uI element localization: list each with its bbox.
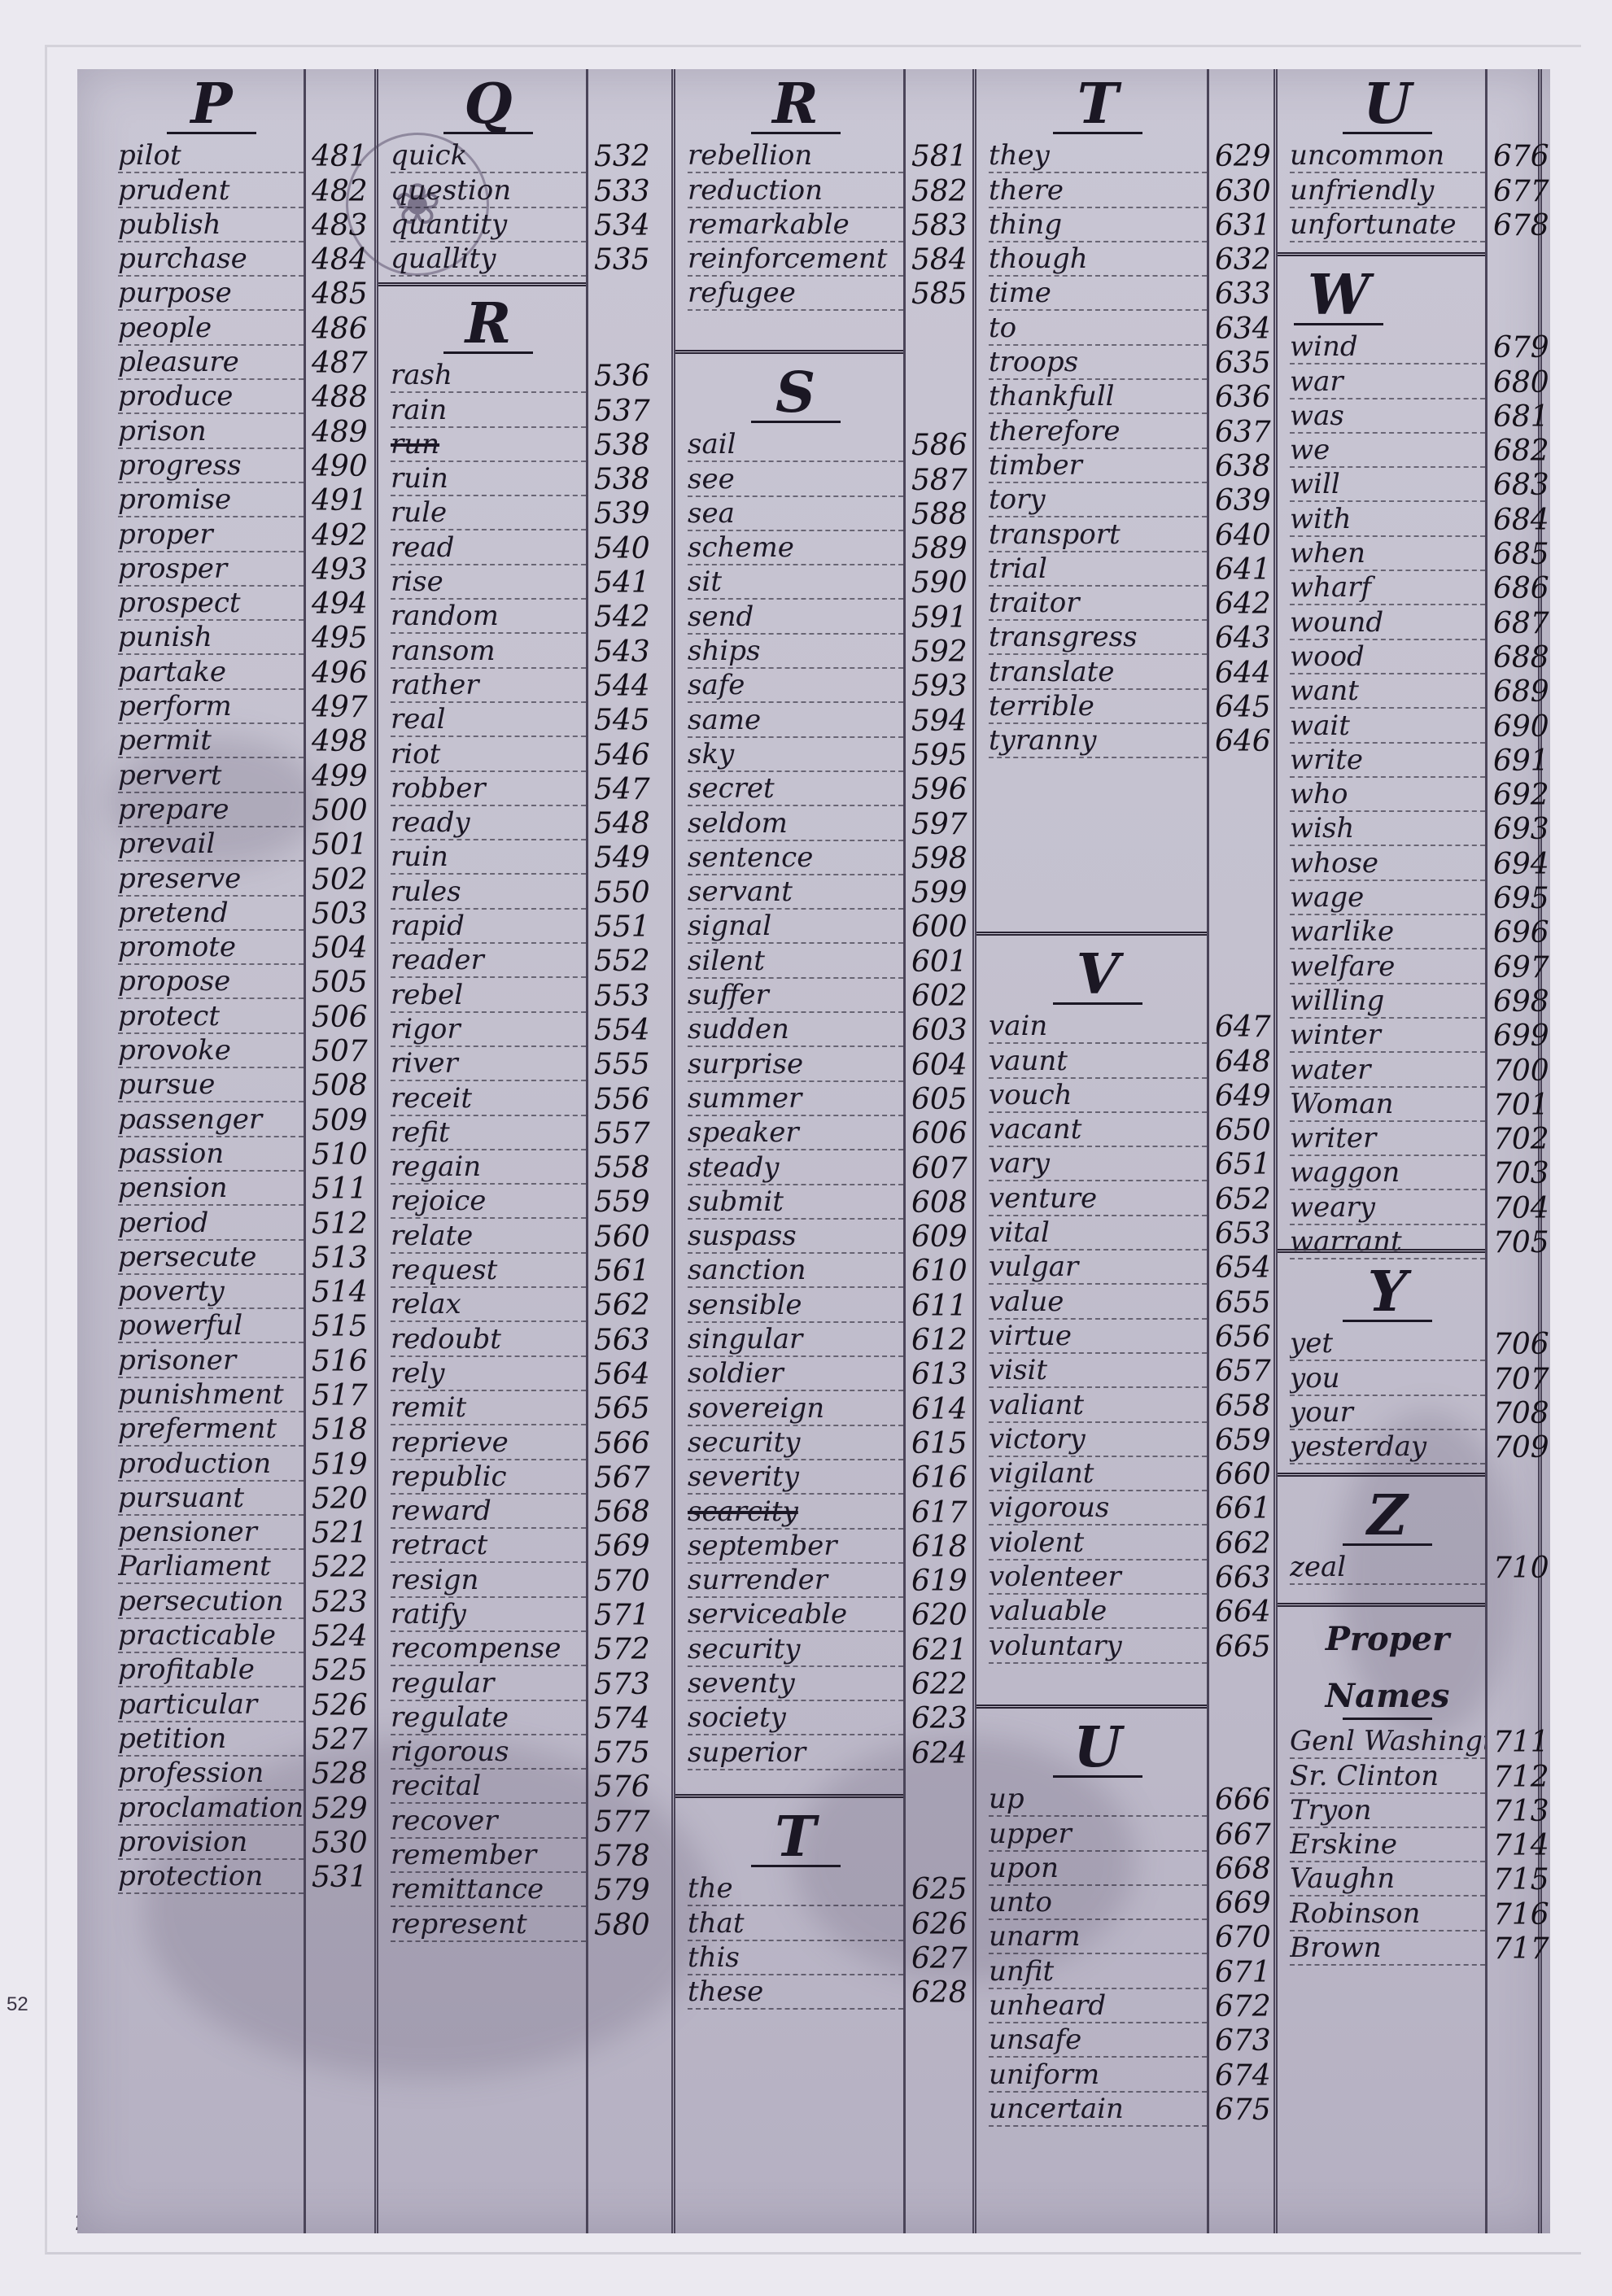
entry-word: Woman — [1290, 1088, 1485, 1122]
entry-number: 663 — [1207, 1562, 1271, 1595]
index-entry: serviceable620 — [688, 1598, 972, 1632]
entry-word: proper — [118, 518, 304, 552]
entry-number: 601 — [903, 946, 968, 979]
entry-number: 626 — [903, 1909, 968, 1941]
entry-word: Brown — [1290, 1932, 1485, 1966]
entry-word: translate — [989, 656, 1207, 690]
entry-word: traitor — [989, 587, 1207, 621]
index-entry: retract569 — [391, 1529, 671, 1563]
entry-number: 522 — [304, 1552, 368, 1584]
entry-word: voluntary — [989, 1630, 1207, 1664]
entry-number: 706 — [1485, 1329, 1549, 1361]
entry-number: 653 — [1207, 1218, 1271, 1251]
entry-word: waggon — [1290, 1156, 1485, 1190]
entry-word: sentence — [688, 841, 903, 875]
entry-number: 630 — [1207, 176, 1271, 208]
index-entry: practicable524 — [118, 1619, 374, 1653]
entry-number: 698 — [1485, 986, 1549, 1019]
index-entry: writer702 — [1290, 1122, 1538, 1156]
entry-word: people — [118, 312, 304, 346]
entry-number: 517 — [304, 1380, 368, 1412]
entry-word: powerful — [118, 1309, 304, 1343]
index-entry: resign570 — [391, 1563, 671, 1597]
entry-word: persecution — [118, 1585, 304, 1619]
entry-number: 528 — [304, 1758, 368, 1791]
entry-word: republic — [391, 1460, 586, 1495]
index-entry: uncertain675 — [989, 2093, 1273, 2127]
entry-word: produce — [118, 380, 304, 414]
index-entry: request561 — [391, 1254, 671, 1288]
index-entry: yet706 — [1290, 1327, 1538, 1361]
entry-word: same — [688, 704, 903, 738]
entry-word: summer — [688, 1082, 903, 1116]
index-entry: safe593 — [688, 669, 972, 703]
index-entry: with684 — [1290, 502, 1538, 536]
entry-number: 538 — [586, 430, 650, 462]
entry-number: 650 — [1207, 1115, 1271, 1147]
entry-number: 541 — [586, 567, 650, 600]
entry-number: 484 — [304, 244, 368, 277]
index-entry: ruin538 — [391, 462, 671, 496]
entry-number: 534 — [586, 210, 650, 242]
index-entry: send591 — [688, 600, 972, 634]
index-entry: protection531 — [118, 1860, 374, 1894]
entry-word: terrible — [989, 690, 1207, 724]
index-entry: provoke507 — [118, 1034, 374, 1068]
index-entry: refugee585 — [688, 277, 972, 311]
entry-word: Genl Washington — [1290, 1725, 1485, 1759]
entry-word: wharf — [1290, 571, 1485, 605]
entry-number: 685 — [1485, 539, 1549, 571]
index-entry: they629 — [989, 139, 1273, 173]
entry-number: 551 — [586, 911, 650, 944]
entry-word: who — [1290, 778, 1485, 812]
entry-number: 704 — [1485, 1193, 1549, 1225]
entry-number: 488 — [304, 382, 368, 414]
index-entry: perform497 — [118, 690, 374, 724]
entry-word: time — [989, 277, 1207, 311]
index-entry: whose694 — [1290, 846, 1538, 880]
entry-word: warlike — [1290, 915, 1485, 949]
section-y: Y yet706you707your708yesterday709 — [1290, 1257, 1538, 1464]
entry-word: provision — [118, 1826, 304, 1860]
entry-word: rise — [391, 565, 586, 600]
entry-number: 585 — [903, 278, 968, 311]
entry-word: wood — [1290, 640, 1485, 674]
entry-word: wait — [1290, 709, 1485, 744]
entry-number: 611 — [903, 1290, 968, 1323]
entry-number: 606 — [903, 1118, 968, 1150]
index-entry: wait690 — [1290, 709, 1538, 743]
index-entry: rebel553 — [391, 978, 671, 1012]
entry-number: 693 — [1485, 814, 1549, 846]
entry-word: regain — [391, 1150, 586, 1185]
index-entry: superior624 — [688, 1735, 972, 1770]
entry-word: want — [1290, 674, 1485, 709]
entry-word: these — [688, 1975, 903, 2010]
index-entry: recompense572 — [391, 1632, 671, 1666]
entry-number: 639 — [1207, 485, 1271, 517]
index-entry: ruin549 — [391, 840, 671, 875]
entry-word: safe — [688, 669, 903, 703]
index-entry: war680 — [1290, 364, 1538, 399]
index-entry: wound687 — [1290, 605, 1538, 639]
index-entry: suffer602 — [688, 979, 972, 1013]
index-entry: Parliament522 — [118, 1550, 374, 1584]
entry-word: promote — [118, 931, 304, 965]
index-entry: unto669 — [989, 1886, 1273, 1920]
entry-number: 708 — [1485, 1398, 1549, 1430]
entry-number: 499 — [304, 761, 368, 793]
entry-number: 481 — [304, 141, 368, 173]
index-entry: this627 — [688, 1941, 972, 1975]
entry-word: sky — [688, 738, 903, 772]
entry-number: 701 — [1485, 1089, 1549, 1122]
index-entry: river555 — [391, 1047, 671, 1081]
entry-word: refugee — [688, 277, 903, 311]
entry-word: victory — [989, 1423, 1207, 1457]
entry-word: purpose — [118, 277, 304, 311]
entry-word: petition — [118, 1722, 304, 1757]
entry-number: 548 — [586, 808, 650, 840]
entry-number: 491 — [304, 485, 368, 517]
index-entry: sensible611 — [688, 1288, 972, 1322]
entry-word: random — [391, 600, 586, 634]
index-entry: sky595 — [688, 738, 972, 772]
entry-number: 550 — [586, 877, 650, 910]
entry-number: 620 — [903, 1600, 968, 1632]
entry-word: scheme — [688, 531, 903, 565]
entry-word: tory — [989, 483, 1207, 517]
entry-word: run — [391, 428, 586, 462]
entry-number: 687 — [1485, 608, 1549, 640]
entry-number: 608 — [903, 1187, 968, 1220]
entry-number: 524 — [304, 1621, 368, 1653]
entry-word: up — [989, 1783, 1207, 1817]
index-entry: the625 — [688, 1872, 972, 1906]
index-entry: receit556 — [391, 1081, 671, 1115]
entry-word: secret — [688, 772, 903, 806]
entry-number: 636 — [1207, 382, 1271, 414]
index-entry: progress490 — [118, 449, 374, 483]
index-entry: rejoice559 — [391, 1185, 671, 1219]
entry-word: river — [391, 1047, 586, 1081]
section-letter: Y — [1290, 1257, 1485, 1327]
index-entry: pursue508 — [118, 1068, 374, 1102]
entry-word: receit — [391, 1082, 586, 1116]
section-letter: T — [989, 69, 1207, 139]
entry-number: 709 — [1485, 1432, 1549, 1464]
entry-number: 702 — [1485, 1124, 1549, 1156]
entry-word: rash — [391, 359, 586, 393]
index-entry: surprise604 — [688, 1047, 972, 1081]
entry-word: progress — [118, 449, 304, 483]
index-entry: servant599 — [688, 875, 972, 910]
entry-word: punish — [118, 621, 304, 655]
entry-number: 506 — [304, 1002, 368, 1034]
index-entry: vigilant660 — [989, 1457, 1273, 1491]
entry-word: speaker — [688, 1116, 903, 1150]
index-entry: secret596 — [688, 772, 972, 806]
section-letter: U — [1290, 69, 1485, 139]
index-entry: when685 — [1290, 537, 1538, 571]
entry-number: 640 — [1207, 520, 1271, 552]
index-entry: redoubt563 — [391, 1322, 671, 1356]
index-entry: winter699 — [1290, 1019, 1538, 1053]
entry-number: 537 — [586, 395, 650, 428]
index-entry: sail586 — [688, 428, 972, 462]
section-rule — [675, 1794, 903, 1798]
entry-number: 553 — [586, 980, 650, 1013]
entry-number: 526 — [304, 1690, 368, 1722]
index-entry: reader552 — [391, 944, 671, 978]
entry-number: 511 — [304, 1173, 368, 1206]
entry-number: 569 — [586, 1530, 650, 1563]
entry-word: retract — [391, 1529, 586, 1563]
entry-number: 542 — [586, 601, 650, 634]
entry-word: ruin — [391, 840, 586, 875]
entry-word: unsafe — [989, 2023, 1207, 2058]
index-entry: yesterday709 — [1290, 1430, 1538, 1464]
entry-number: 577 — [586, 1806, 650, 1839]
entry-number: 662 — [1207, 1528, 1271, 1560]
entry-number: 582 — [903, 176, 968, 208]
entry-word: rebellion — [688, 139, 903, 173]
index-entry: valiant658 — [989, 1388, 1273, 1422]
entry-word: send — [688, 600, 903, 635]
index-entry: you707 — [1290, 1361, 1538, 1395]
entry-number: 600 — [903, 911, 968, 944]
index-entry: water700 — [1290, 1053, 1538, 1087]
entry-word: the — [688, 1872, 903, 1906]
index-entry: rule539 — [391, 496, 671, 530]
entry-number: 533 — [586, 176, 650, 208]
index-entry: prevail501 — [118, 827, 374, 862]
index-entry: punish495 — [118, 621, 374, 655]
index-entry: refit557 — [391, 1116, 671, 1150]
entry-word: wish — [1290, 812, 1485, 846]
entry-word: vouch — [989, 1079, 1207, 1113]
entry-number: 536 — [586, 360, 650, 393]
entry-word: war — [1290, 365, 1485, 399]
index-entry: ships592 — [688, 635, 972, 669]
entry-word: persecute — [118, 1241, 304, 1275]
entry-number: 509 — [304, 1105, 368, 1137]
entry-number: 559 — [586, 1186, 650, 1219]
entry-word: write — [1290, 744, 1485, 778]
entry-word: publish — [118, 208, 304, 242]
entry-number: 530 — [304, 1827, 368, 1860]
index-entry: rebellion581 — [688, 139, 972, 173]
index-entry: upper667 — [989, 1817, 1273, 1851]
entry-word: prison — [118, 415, 304, 449]
entry-number: 544 — [586, 670, 650, 703]
index-entry: tyranny646 — [989, 724, 1273, 758]
entry-number: 716 — [1485, 1899, 1549, 1932]
entry-word: proclamation — [118, 1792, 304, 1826]
index-entry: particular526 — [118, 1687, 374, 1722]
entry-number: 634 — [1207, 313, 1271, 346]
index-entry: regular573 — [391, 1666, 671, 1700]
entry-word: september — [688, 1530, 903, 1564]
entry-word: resign — [391, 1564, 586, 1598]
entry-number: 652 — [1207, 1184, 1271, 1216]
index-entry: these628 — [688, 1975, 972, 2010]
entry-number: 717 — [1485, 1933, 1549, 1966]
entry-word: pleasure — [118, 346, 304, 380]
entry-word: weary — [1290, 1191, 1485, 1225]
entry-number: 643 — [1207, 622, 1271, 655]
entry-number: 646 — [1207, 726, 1271, 758]
entry-number: 590 — [903, 567, 968, 600]
section-letter: R — [391, 289, 586, 359]
entry-number: 552 — [586, 945, 650, 978]
entry-number: 658 — [1207, 1390, 1271, 1423]
entry-number: 496 — [304, 657, 368, 690]
section-rule — [675, 350, 903, 354]
entry-number: 710 — [1485, 1552, 1549, 1585]
entry-number: 603 — [903, 1015, 968, 1047]
entry-number: 512 — [304, 1208, 368, 1241]
entry-number: 624 — [903, 1738, 968, 1770]
section-t: T the625that626this627these628 — [688, 1802, 972, 2010]
index-entry: robber547 — [391, 772, 671, 806]
index-entry: rigor554 — [391, 1013, 671, 1047]
index-entry: uncommon676 — [1290, 139, 1538, 173]
entry-number: 586 — [903, 430, 968, 462]
entry-word: practicable — [118, 1619, 304, 1653]
index-entry: welfare697 — [1290, 949, 1538, 984]
entry-word: willing — [1290, 984, 1485, 1019]
entry-number: 532 — [586, 141, 650, 173]
section-letter: Z — [1290, 1481, 1485, 1551]
index-entry: venture652 — [989, 1181, 1273, 1216]
entry-number: 485 — [304, 278, 368, 311]
entry-word: though — [989, 242, 1207, 277]
entry-number: 492 — [304, 520, 368, 552]
entry-number: 580 — [586, 1910, 650, 1942]
entry-number: 604 — [903, 1050, 968, 1082]
entry-number: 498 — [304, 726, 368, 758]
entry-word: prisoner — [118, 1344, 304, 1378]
entry-number: 672 — [1207, 1991, 1271, 2023]
entry-word: surprise — [688, 1048, 903, 1082]
entry-number: 505 — [304, 967, 368, 999]
entry-number: 561 — [586, 1255, 650, 1288]
index-entry: violent662 — [989, 1526, 1273, 1560]
entry-word: pretend — [118, 897, 304, 931]
entry-word: surrender — [688, 1564, 903, 1598]
entry-word: rain — [391, 394, 586, 428]
entry-word: riot — [391, 738, 586, 772]
index-entry: sovereign614 — [688, 1391, 972, 1425]
index-entry: protect506 — [118, 999, 374, 1033]
entry-number: 527 — [304, 1724, 368, 1757]
index-entry: unheard672 — [989, 1989, 1273, 2023]
index-entry: who692 — [1290, 778, 1538, 812]
index-entry: rash536 — [391, 359, 671, 393]
entry-number: 555 — [586, 1049, 650, 1081]
entry-number: 546 — [586, 740, 650, 772]
index-entry: terrible645 — [989, 690, 1273, 724]
index-entry: waggon703 — [1290, 1156, 1538, 1190]
entry-word: vigilant — [989, 1457, 1207, 1491]
entry-word: prosper — [118, 552, 304, 587]
entry-number: 486 — [304, 313, 368, 346]
section-r-cont: R rebellion581reduction582remarkable583r… — [688, 69, 972, 311]
index-entry: thing631 — [989, 208, 1273, 242]
entry-number: 607 — [903, 1153, 968, 1185]
entry-word: vacant — [989, 1113, 1207, 1147]
entry-number: 681 — [1485, 401, 1549, 434]
index-entry: wage695 — [1290, 881, 1538, 915]
entry-word: rigor — [391, 1013, 586, 1047]
entry-word: pension — [118, 1172, 304, 1206]
entry-number: 563 — [586, 1325, 650, 1357]
entry-number: 504 — [304, 932, 368, 965]
entry-number: 677 — [1485, 176, 1549, 208]
entry-number: 583 — [903, 210, 968, 242]
entry-number: 637 — [1207, 417, 1271, 449]
index-entry: zeal710 — [1290, 1551, 1538, 1585]
entry-number: 629 — [1207, 141, 1271, 173]
entry-word: upon — [989, 1852, 1207, 1886]
index-entry: vigorous661 — [989, 1491, 1273, 1526]
entry-word: vain — [989, 1010, 1207, 1044]
index-entry: wharf686 — [1290, 571, 1538, 605]
entry-word: relate — [391, 1220, 586, 1254]
entry-word: reward — [391, 1495, 586, 1529]
column-divider — [1273, 69, 1278, 2233]
entry-word: there — [989, 174, 1207, 208]
entry-word: with — [1290, 503, 1485, 537]
entry-word: ratify — [391, 1598, 586, 1632]
entry-number: 657 — [1207, 1355, 1271, 1388]
index-entry: trial641 — [989, 552, 1273, 587]
section-u: U up666upper667upon668unto669unarm670unf… — [989, 1713, 1273, 2127]
index-entry: remarkable583 — [688, 208, 972, 242]
index-entry: prepare500 — [118, 793, 374, 827]
index-entry: recital576 — [391, 1770, 671, 1804]
entry-number: 667 — [1207, 1819, 1271, 1852]
entry-word: sensible — [688, 1289, 903, 1323]
entry-word: will — [1290, 468, 1485, 502]
entry-number: 621 — [903, 1635, 968, 1667]
entry-word: severity — [688, 1460, 903, 1495]
entry-word: profitable — [118, 1653, 304, 1687]
entry-number: 691 — [1485, 745, 1549, 778]
section-letter: V — [989, 940, 1207, 1010]
index-entry: regulate574 — [391, 1701, 671, 1735]
index-entry: unfit671 — [989, 1954, 1273, 1988]
index-entry: write691 — [1290, 744, 1538, 778]
entry-word: upper — [989, 1818, 1207, 1852]
entry-number: 520 — [304, 1483, 368, 1516]
section-r: R rash536rain537run538ruin538rule539read… — [391, 289, 671, 1942]
index-entry: we682 — [1290, 434, 1538, 468]
entry-word: that — [688, 1907, 903, 1941]
entry-word: perform — [118, 690, 304, 724]
entry-word: transgress — [989, 621, 1207, 655]
index-entry: security615 — [688, 1426, 972, 1460]
entry-number: 573 — [586, 1669, 650, 1701]
index-entry: ratify571 — [391, 1598, 671, 1632]
index-entry: scheme589 — [688, 531, 972, 565]
entry-number: 694 — [1485, 849, 1549, 881]
index-entry: rapid551 — [391, 910, 671, 944]
entry-number: 660 — [1207, 1459, 1271, 1491]
index-entry: production519 — [118, 1447, 374, 1481]
